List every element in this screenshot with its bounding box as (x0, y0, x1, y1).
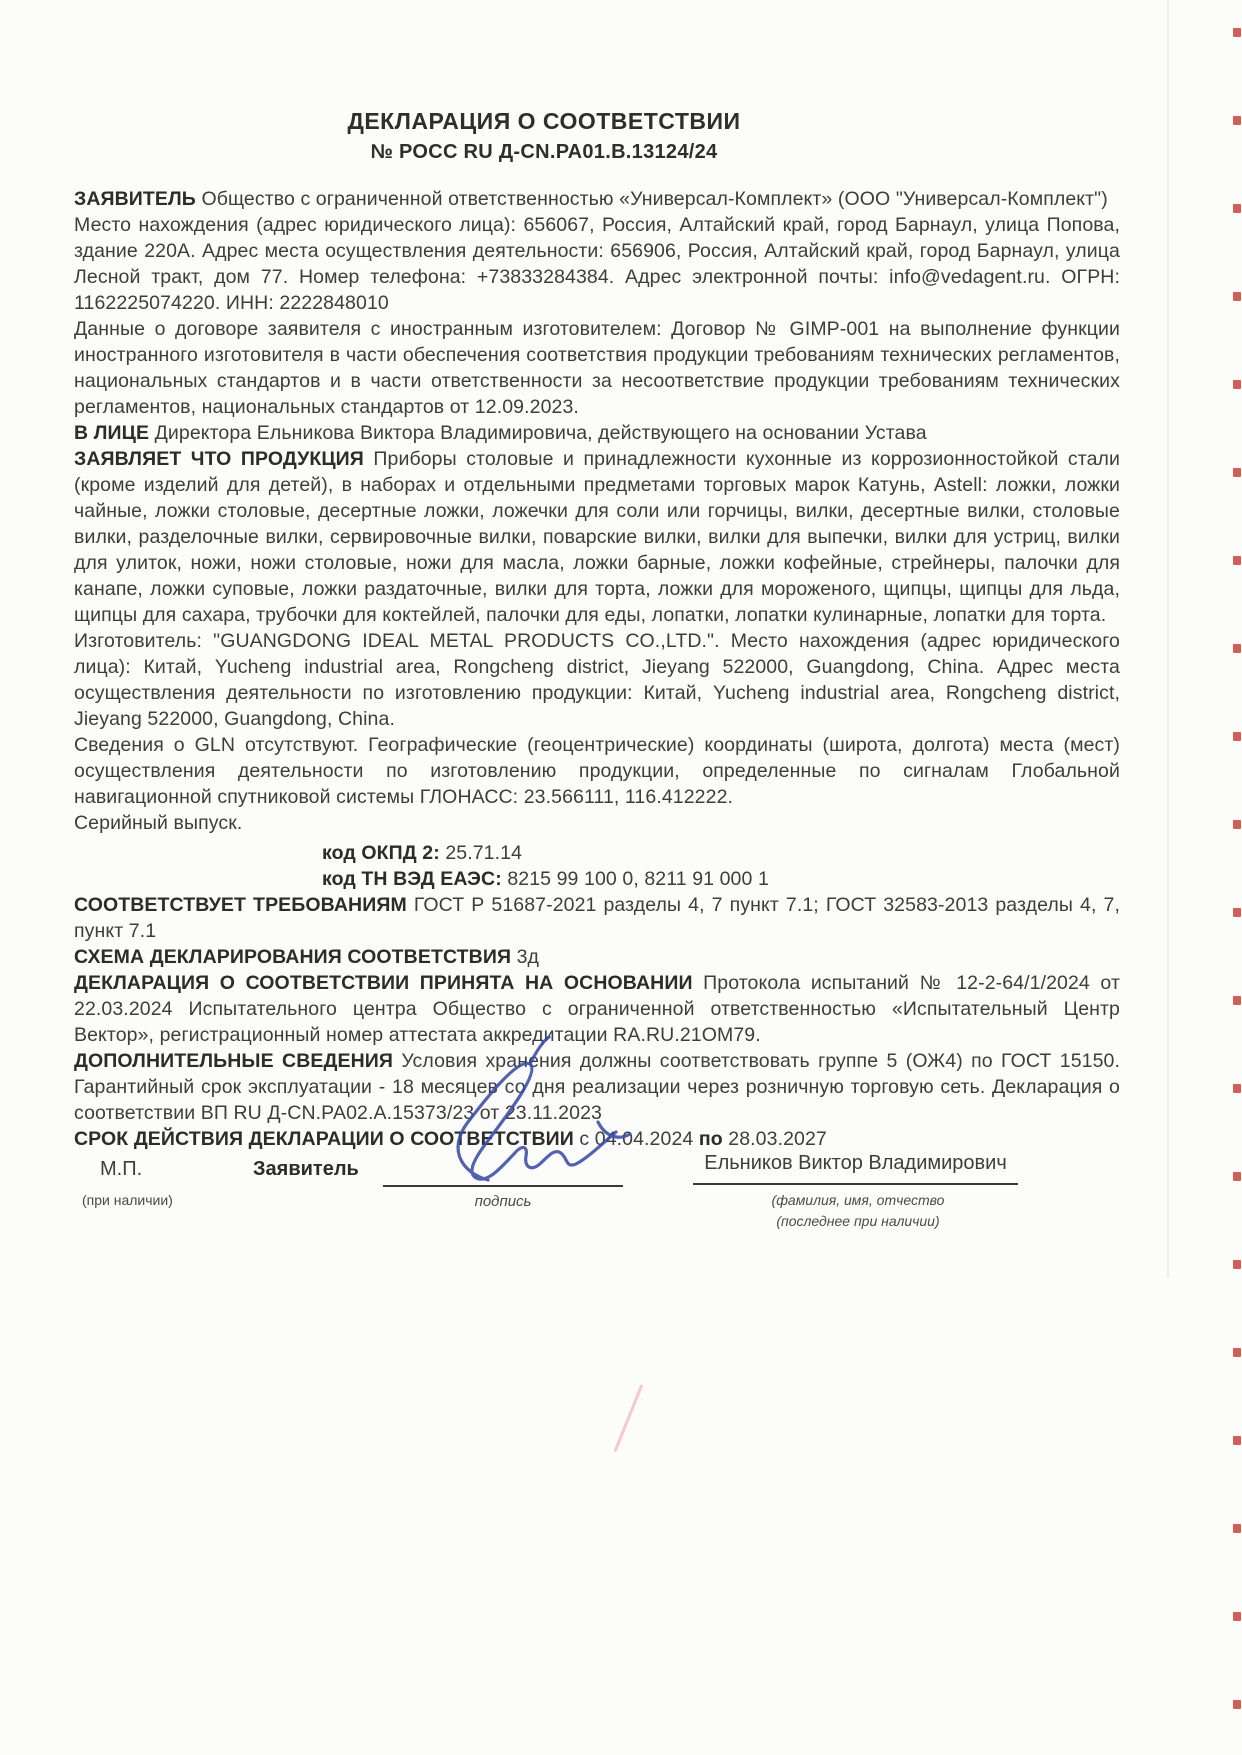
document-body: ЗАЯВИТЕЛЬ Общество с ограниченной ответс… (74, 186, 1120, 1152)
pen-mark (614, 1384, 644, 1452)
scan-artifact-mark (1233, 908, 1241, 917)
para-gln: Сведения о GLN отсутствуют. Географическ… (74, 732, 1120, 810)
scan-artifact-mark (1233, 1348, 1241, 1357)
para-represented-by: В ЛИЦЕ Директора Ельникова Виктора Влади… (74, 420, 1120, 446)
scan-artifact-mark (1233, 380, 1241, 389)
scan-artifact-mark (1233, 28, 1241, 37)
scan-artifact-mark (1233, 644, 1241, 653)
scan-artifact-mark (1233, 1084, 1241, 1093)
signatory-name-line (693, 1183, 1018, 1185)
scan-artifact-mark (1233, 468, 1241, 477)
signature-line (383, 1185, 623, 1187)
handwritten-signature (392, 1032, 642, 1190)
para-contract: Данные о договоре заявителя с иностранны… (74, 316, 1120, 420)
scan-artifact-mark (1233, 556, 1241, 565)
scan-artifact-mark (1233, 292, 1241, 301)
document-header: ДЕКЛАРАЦИЯ О СООТВЕТСТВИИ № РОСС RU Д-CN… (74, 108, 1014, 164)
scan-artifact-mark (1233, 1436, 1241, 1445)
stamp-place-note: (при наличии) (82, 1192, 173, 1208)
document-title: ДЕКЛАРАЦИЯ О СООТВЕТСТВИИ (74, 108, 1014, 135)
para-applicant: ЗАЯВИТЕЛЬ Общество с ограниченной ответс… (74, 186, 1120, 212)
scan-artifact-mark (1233, 116, 1241, 125)
scan-artifact-mark (1233, 1260, 1241, 1269)
applicant-label: Заявитель (253, 1158, 359, 1181)
scan-artifact-mark (1233, 1172, 1241, 1181)
scanned-declaration-page: ДЕКЛАРАЦИЯ О СООТВЕТСТВИИ № РОСС RU Д-CN… (0, 0, 1242, 1755)
scan-artifact-mark (1233, 996, 1241, 1005)
para-manufacturer: Изготовитель: "GUANGDONG IDEAL METAL PRO… (74, 628, 1120, 732)
para-okpd-code: код ОКПД 2: 25.71.14 (322, 840, 1120, 866)
para-conforms: СООТВЕТСТВУЕТ ТРЕБОВАНИЯМ ГОСТ Р 51687-2… (74, 892, 1120, 944)
signatory-name: Ельников Виктор Владимирович (693, 1152, 1018, 1175)
signatory-name-caption-line2: (последнее при наличии) (698, 1213, 1018, 1229)
scan-artifact-mark (1233, 204, 1241, 213)
signatory-name-caption-line1: (фамилия, имя, отчество (698, 1192, 1018, 1208)
scan-artifact-mark (1233, 732, 1241, 741)
scan-edge-line (1167, 0, 1169, 1278)
scan-artifact-mark (1233, 1700, 1241, 1709)
para-applicant-address: Место нахождения (адрес юридического лиц… (74, 212, 1120, 316)
scan-artifact-mark (1233, 1612, 1241, 1621)
para-product: ЗАЯВЛЯЕТ ЧТО ПРОДУКЦИЯ Приборы столовые … (74, 446, 1120, 628)
signature-caption: подпись (383, 1193, 623, 1210)
para-scheme: СХЕМА ДЕКЛАРИРОВАНИЯ СООТВЕТСТВИЯ 3д (74, 944, 1120, 970)
para-serial: Серийный выпуск. (74, 810, 1120, 836)
document-number: № РОСС RU Д-CN.РА01.В.13124/24 (74, 141, 1014, 164)
scan-artifact-mark (1233, 820, 1241, 829)
scan-artifact-mark (1233, 1524, 1241, 1533)
para-tnved-code: код ТН ВЭД ЕАЭС: 8215 99 100 0, 8211 91 … (322, 866, 1120, 892)
stamp-place-label: М.П. (100, 1158, 142, 1181)
